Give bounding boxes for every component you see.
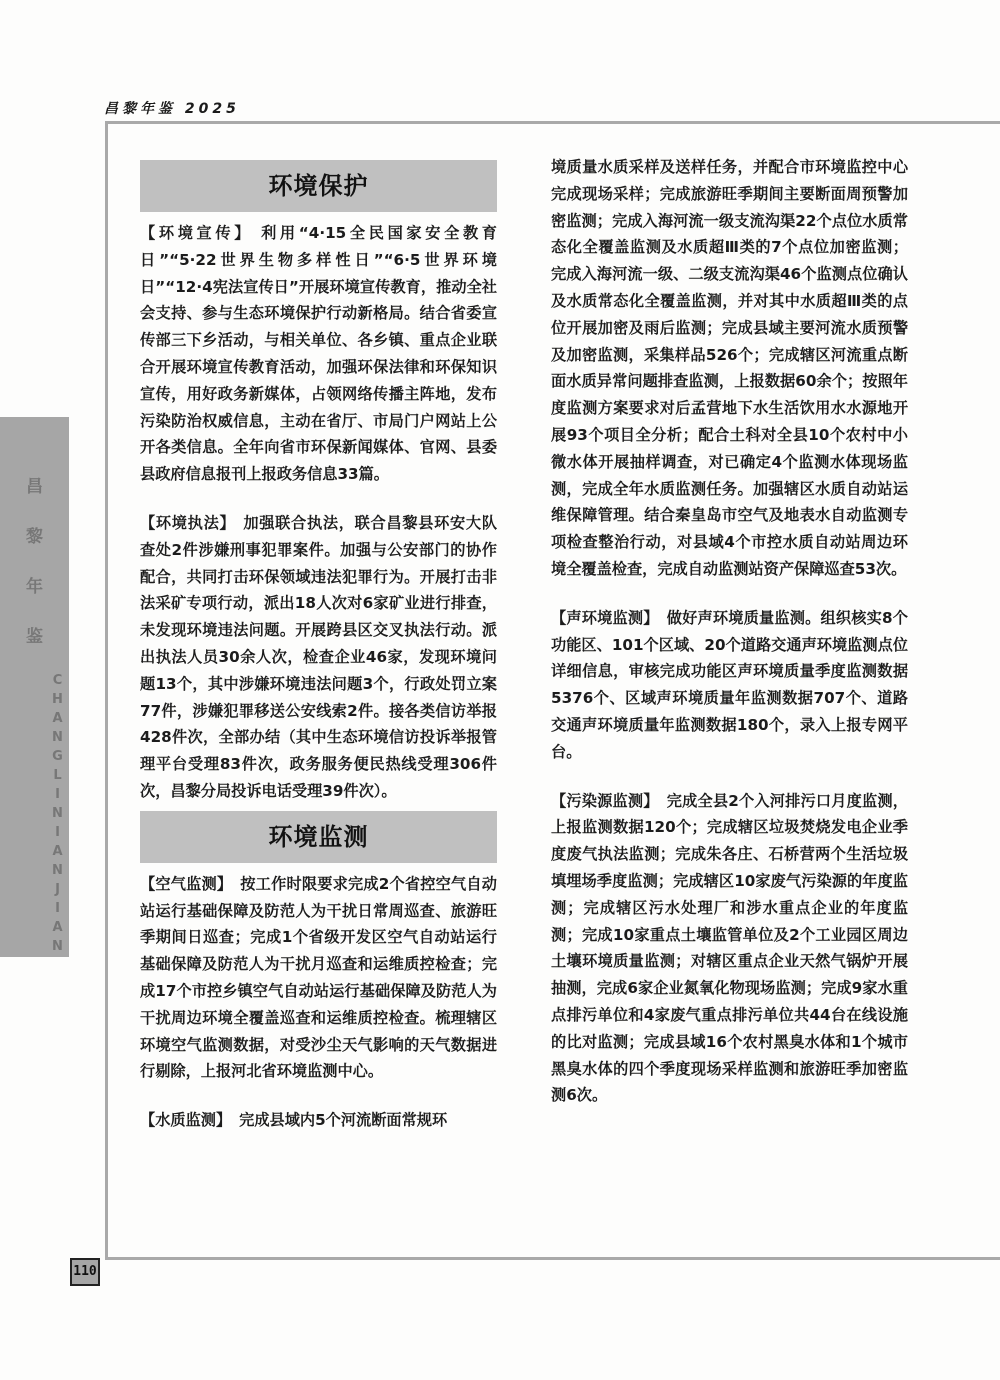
section-title-environmental-protection: 环境保护 bbox=[140, 160, 497, 212]
paragraph-text: 加强联合执法，联合昌黎县环安大队查处2件涉嫌刑事犯罪案件。加强与公安部门的协作配… bbox=[140, 514, 497, 800]
paragraph-text: 利用“4·15全民国家安全教育日”“5·22世界生物多样性日”“6·5世界环境日… bbox=[140, 224, 497, 483]
paragraph-pollution-source-monitoring: 【污染源监测】完成全县2个入河排污口月度监测，上报监测数据120个；完成辖区垃圾… bbox=[551, 788, 908, 1110]
side-tab-char: 黎 bbox=[0, 522, 69, 547]
paragraph-water-monitoring-start: 【水质监测】完成县域内5个河流断面常规环 bbox=[140, 1107, 497, 1134]
side-tab: 昌 黎 年 鉴 CHANGLINIANJIAN bbox=[0, 417, 69, 957]
paragraph-text: 做好声环境质量监测。组织核实8个功能区、101个区域、20个道路交通声环境监测点… bbox=[551, 609, 908, 761]
paragraph-keyword: 【空气监测】 bbox=[140, 875, 232, 893]
left-column: 环境保护 【环境宣传】利用“4·15全民国家安全教育日”“5·22世界生物多样性… bbox=[140, 160, 497, 1134]
side-tab-char: 昌 bbox=[0, 472, 69, 497]
paragraph-environmental-enforcement: 【环境执法】加强联合执法，联合昌黎县环安大队查处2件涉嫌刑事犯罪案件。加强与公安… bbox=[140, 510, 497, 805]
page-number: 110 bbox=[70, 1258, 100, 1286]
running-head: 昌黎年鉴 2025 bbox=[104, 98, 240, 118]
paragraph-text: 完成县域内5个河流断面常规环 bbox=[239, 1111, 447, 1129]
paragraph-keyword: 【声环境监测】 bbox=[551, 609, 659, 627]
paragraph-text: 境质量水质采样及送样任务，并配合市环境监控中心完成现场采样；完成旅游旺季期间主要… bbox=[551, 158, 908, 578]
side-tab-char: 鉴 bbox=[0, 622, 69, 647]
paragraph-water-monitoring-continued: 境质量水质采样及送样任务，并配合市环境监控中心完成现场采样；完成旅游旺季期间主要… bbox=[551, 154, 908, 583]
paragraph-air-monitoring: 【空气监测】按工作时限要求完成2个省控空气自动站运行基础保障及防范人为干扰日常周… bbox=[140, 871, 497, 1085]
right-column: 境质量水质采样及送样任务，并配合市环境监控中心完成现场采样；完成旅游旺季期间主要… bbox=[551, 154, 908, 1109]
paragraph-keyword: 【环境宣传】 bbox=[140, 224, 253, 242]
paragraph-keyword: 【污染源监测】 bbox=[551, 792, 659, 810]
paragraph-keyword: 【环境执法】 bbox=[140, 514, 235, 532]
paragraph-text: 完成全县2个入河排污口月度监测，上报监测数据120个；完成辖区垃圾焚烧发电企业季… bbox=[551, 792, 908, 1105]
paragraph-keyword: 【水质监测】 bbox=[140, 1111, 231, 1129]
side-tab-pinyin: CHANGLINIANJIAN bbox=[0, 673, 69, 958]
section-title-environmental-monitoring: 环境监测 bbox=[140, 811, 497, 863]
paragraph-noise-monitoring: 【声环境监测】做好声环境质量监测。组织核实8个功能区、101个区域、20个道路交… bbox=[551, 605, 908, 766]
side-tab-char: 年 bbox=[0, 572, 69, 597]
paragraph-text: 按工作时限要求完成2个省控空气自动站运行基础保障及防范人为干扰日常周巡查、旅游旺… bbox=[140, 875, 497, 1081]
paragraph-environmental-publicity: 【环境宣传】利用“4·15全民国家安全教育日”“5·22世界生物多样性日”“6·… bbox=[140, 220, 497, 488]
